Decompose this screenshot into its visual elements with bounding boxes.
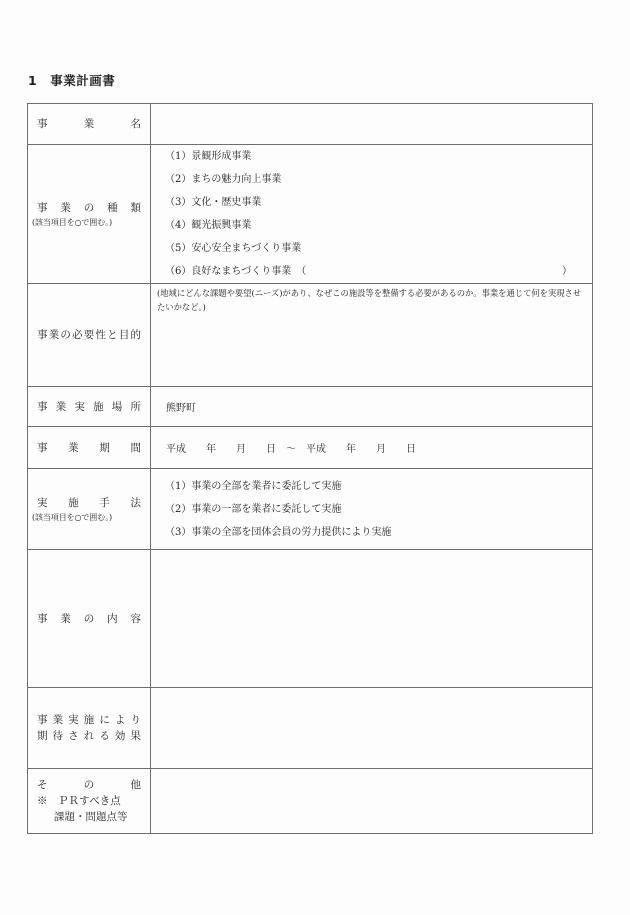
business-type-option-3: （3）文化・歴史事業 (165, 191, 572, 214)
business-type-option-2: （2）まちの魅力向上事業 (165, 168, 572, 191)
label-note-circle-applicable-2: (該当項目を○で囲む。) (32, 511, 146, 524)
business-type-options: （1）景観形成事業 （2）まちの魅力向上事業 （3）文化・歴史事業 （4）観光振… (151, 145, 592, 283)
row-business-content: 事業の内容 (28, 549, 592, 687)
field-expected-effects[interactable] (151, 688, 592, 768)
label-cell-business-type: 事業の種類 (該当項目を○で囲む。) (28, 145, 151, 283)
field-business-period: 平成 年 月 日 ～ 平成 年 月 日 (151, 427, 592, 468)
field-implementation-place: 熊野町 (151, 387, 592, 426)
row-business-period: 事業期間 平成 年 月 日 ～ 平成 年 月 日 (28, 426, 592, 468)
page-title: 1 事業計画書 (28, 71, 115, 89)
field-business-type: （1）景観形成事業 （2）まちの魅力向上事業 （3）文化・歴史事業 （4）観光振… (151, 145, 592, 283)
implementation-method-options: （1）事業の全部を業者に委託して実施 （2）事業の一部を業者に委託して実施 （3… (151, 469, 592, 549)
row-necessity-purpose: 事業の必要性と目的 (地域にどんな課題や要望(ニーズ)があり、なぜこの施設等を整… (28, 283, 592, 386)
field-business-content[interactable] (151, 550, 592, 687)
label-business-type: 事業の種類 (37, 200, 141, 216)
row-business-name: 事業名 (28, 104, 592, 144)
label-implementation-method: 実施手法 (37, 495, 141, 511)
label-cell-other: その他 ※ ＰＲすべき点 課題・問題点等 (28, 769, 151, 833)
implementation-method-option-1: （1）事業の全部を業者に委託して実施 (165, 475, 572, 498)
label-cell-implementation-place: 事業実施場所 (28, 387, 151, 426)
label-note-circle-applicable: (該当項目を○で囲む。) (32, 216, 146, 229)
label-expected-effects-line1: 事業実施により (37, 712, 141, 728)
row-implementation-place: 事業実施場所 熊野町 (28, 386, 592, 426)
business-type-option-1: （1）景観形成事業 (165, 145, 572, 168)
field-necessity-purpose[interactable]: (地域にどんな課題や要望(ニーズ)があり、なぜこの施設等を整備する必要があるのか… (151, 284, 592, 386)
label-business-content: 事業の内容 (37, 611, 141, 627)
row-expected-effects: 事業実施により 期待される効果 (28, 687, 592, 768)
label-other-pr-points: ※ ＰＲすべき点 (37, 793, 141, 809)
label-other-issues: 課題・問題点等 (37, 809, 141, 825)
business-period-value: 平成 年 月 日 ～ 平成 年 月 日 (151, 427, 592, 468)
document-page: 1 事業計画書 事業名 事業の種類 (該当項目を○で囲む。) （1）景観形成事業… (0, 0, 630, 915)
row-business-type: 事業の種類 (該当項目を○で囲む。) （1）景観形成事業 （2）まちの魅力向上事… (28, 144, 592, 283)
label-cell-necessity-purpose: 事業の必要性と目的 (28, 284, 151, 386)
implementation-place-value: 熊野町 (151, 387, 592, 426)
business-type-option-4: （4）観光振興事業 (165, 214, 572, 237)
label-other-line1: その他 (37, 777, 141, 793)
row-other: その他 ※ ＰＲすべき点 課題・問題点等 (28, 768, 592, 833)
label-necessity-purpose: 事業の必要性と目的 (37, 327, 141, 343)
business-type-option-6: （6）良好なまちづくり事業 （ ） (165, 260, 572, 283)
field-business-name[interactable] (151, 104, 592, 144)
implementation-method-option-2: （2）事業の一部を業者に委託して実施 (165, 498, 572, 521)
label-business-period: 事業期間 (37, 440, 141, 456)
implementation-method-option-3: （3）事業の全部を団体会員の労力提供により実施 (165, 521, 572, 544)
business-type-option-6-text: （6）良好なまちづくり事業 （ (165, 260, 306, 283)
row-implementation-method: 実施手法 (該当項目を○で囲む。) （1）事業の全部を業者に委託して実施 （2）… (28, 468, 592, 549)
label-implementation-place: 事業実施場所 (37, 399, 141, 415)
business-plan-table: 事業名 事業の種類 (該当項目を○で囲む。) （1）景観形成事業 （2）まちの魅… (27, 103, 593, 834)
necessity-purpose-hint: (地域にどんな課題や要望(ニーズ)があり、なぜこの施設等を整備する必要があるのか… (151, 284, 592, 314)
label-cell-business-name: 事業名 (28, 104, 151, 144)
label-cell-implementation-method: 実施手法 (該当項目を○で囲む。) (28, 469, 151, 549)
label-cell-expected-effects: 事業実施により 期待される効果 (28, 688, 151, 768)
label-business-name: 事業名 (37, 116, 141, 132)
label-cell-business-content: 事業の内容 (28, 550, 151, 687)
business-type-option-6-close-paren: ） (562, 260, 572, 283)
label-cell-business-period: 事業期間 (28, 427, 151, 468)
label-expected-effects-line2: 期待される効果 (37, 728, 141, 744)
field-other[interactable] (151, 769, 592, 833)
field-implementation-method: （1）事業の全部を業者に委託して実施 （2）事業の一部を業者に委託して実施 （3… (151, 469, 592, 549)
business-type-option-5: （5）安心安全まちづくり事業 (165, 237, 572, 260)
